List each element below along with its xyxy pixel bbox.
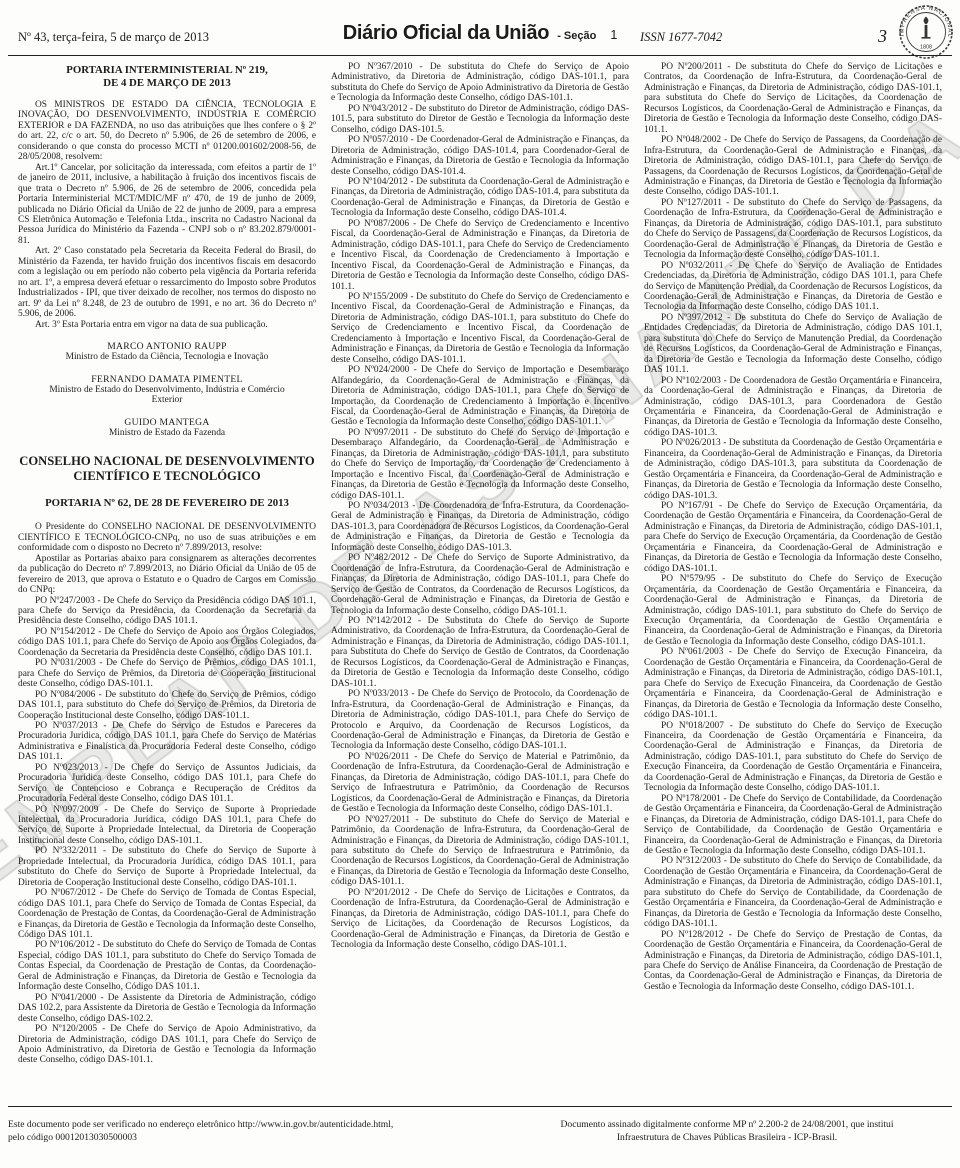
paragraph: PO Nº026/2011 - De Chefe do Serviço de M… bbox=[331, 752, 629, 815]
paragraph: PO Nº120/2005 - De Chefe do Serviço de A… bbox=[18, 1024, 316, 1066]
paragraph: PO Nº142/2012 - De Substituta do Chefe d… bbox=[331, 616, 629, 689]
paragraph: Art. 2º Caso constatado pela Secretaria … bbox=[18, 246, 316, 319]
paragraph: PO Nº031/2003 - De Chefe do Serviço de P… bbox=[18, 658, 316, 689]
column-2: PO Nº367/2010 - De substituta do Chefe d… bbox=[331, 62, 629, 1104]
paragraph: PO Nº102/2003 - De Coordenadora de Gestã… bbox=[644, 376, 942, 439]
paragraph: Art.1º Cancelar, por solicitação da inte… bbox=[18, 163, 316, 247]
paragraph: PO Nº104/2012 - De substituta da Coorden… bbox=[331, 177, 629, 219]
portaria-62-title: PORTARIA Nº 62, DE 28 DE FEVEREIRO DE 20… bbox=[18, 497, 316, 510]
paragraph: PO Nº332/2011 - De substituto do Chefe d… bbox=[18, 846, 316, 888]
paragraph: PO Nº200/2011 - De substituta do Chefe d… bbox=[644, 62, 942, 135]
paragraph: PO Nº201/2012 - De Chefe do Serviço de L… bbox=[331, 888, 629, 951]
paragraph: PO Nº397/2012 - De substituta do Chefe d… bbox=[644, 313, 942, 376]
issn: ISSN 1677-7042 bbox=[640, 30, 722, 45]
signatory-name: MARCO ANTONIO RAUPP bbox=[36, 341, 298, 352]
torch-icon bbox=[922, 17, 931, 39]
portaria-219-body: OS MINISTROS DE ESTADO DA CIÊNCIA, TECNO… bbox=[18, 100, 316, 330]
footer-rule bbox=[8, 1106, 952, 1107]
paragraph: PO Nº018/2007 - De substituto do Chefe d… bbox=[644, 721, 942, 794]
paragraph: PO Nº023/2013 - De Chefe do Serviço de A… bbox=[18, 763, 316, 805]
paragraph: PO Nº037/2013 - De Chefe do Serviço de E… bbox=[18, 721, 316, 763]
paragraph: PO Nº154/2012 - De Chefe do Serviço de A… bbox=[18, 627, 316, 658]
seal-year: 1808 bbox=[920, 45, 932, 51]
paragraph: O Presidente do CONSELHO NACIONAL DE DES… bbox=[18, 522, 316, 553]
signatory-role: Ministro de Estado da Fazenda bbox=[36, 428, 298, 439]
signature-list: MARCO ANTONIO RAUPPMinistro de Estado da… bbox=[18, 341, 316, 438]
paragraph: Apostilar as Portarias abaixo para consi… bbox=[18, 554, 316, 596]
paragraph: PO Nº024/2000 - De Chefe do Serviço de I… bbox=[331, 365, 629, 428]
page-columns: PORTARIA INTERMINISTERIAL Nº 219, DE 4 D… bbox=[18, 62, 942, 1104]
signatory-name: FERNANDO DAMATA PIMENTEL bbox=[36, 374, 298, 385]
paragraph: PO Nº026/2013 - De substituta da Coorden… bbox=[644, 438, 942, 501]
signature-block: GUIDO MANTEGAMinistro de Estado da Fazen… bbox=[36, 417, 298, 439]
paragraph: PO Nº127/2011 - De substituto do Chefe d… bbox=[644, 198, 942, 261]
signatory-role: Ministro de Estado da Ciência, Tecnologi… bbox=[36, 352, 298, 363]
masthead: Diário Oficial da União - Seção 1 bbox=[0, 22, 960, 45]
signature-note: Documento assinado digitalmente conforme… bbox=[502, 1118, 952, 1144]
paragraph: PO Nº247/2003 - De Chefe do Serviço da P… bbox=[18, 596, 316, 627]
paragraph: PO Nº033/2013 - De Chefe do Serviço de P… bbox=[331, 689, 629, 752]
verification-line2: pelo código 00012013030500003 bbox=[8, 1131, 478, 1144]
column-2-body: PO Nº367/2010 - De substituta do Chefe d… bbox=[331, 62, 629, 951]
paragraph: PO Nº057/2010 - De Coordenador-Geral de … bbox=[331, 135, 629, 177]
paragraph: PO Nº043/2012 - De substituto do Diretor… bbox=[331, 104, 629, 135]
paragraph: PO Nº048/2002 - De Chefe do Serviço de P… bbox=[644, 135, 942, 198]
signature-note-line1: Documento assinado digitalmente conforme… bbox=[502, 1118, 952, 1131]
paragraph: PO Nº032/2011 - De Chefe do Serviço de A… bbox=[644, 261, 942, 313]
paragraph: PO Nº027/2011 - De substituto do Chefe d… bbox=[331, 815, 629, 888]
column-3: PO Nº200/2011 - De substituta do Chefe d… bbox=[644, 62, 942, 1104]
paragraph: PO Nº087/2006 - De Chefe do Serviço de C… bbox=[331, 219, 629, 292]
signature-block: FERNANDO DAMATA PIMENTELMinistro de Esta… bbox=[36, 374, 298, 406]
portaria-62-body: O Presidente do CONSELHO NACIONAL DE DES… bbox=[18, 522, 316, 1066]
column-1: PORTARIA INTERMINISTERIAL Nº 219, DE 4 D… bbox=[18, 62, 316, 1104]
paragraph: PO Nº034/2013 - De Coordenadora de Infra… bbox=[331, 501, 629, 553]
paragraph: PO Nº167/91 - De Chefe do Serviço de Exe… bbox=[644, 501, 942, 574]
page-number: 3 bbox=[878, 26, 887, 47]
signatory-name: GUIDO MANTEGA bbox=[36, 417, 298, 428]
portaria-219-title-line2: DE 4 DE MARÇO DE 2013 bbox=[18, 77, 316, 90]
gazette-title: Diário Oficial da União bbox=[343, 22, 549, 44]
signature-block: MARCO ANTONIO RAUPPMinistro de Estado da… bbox=[36, 341, 298, 363]
page-header: Nº 43, terça-feira, 5 de março de 2013 D… bbox=[0, 0, 960, 54]
paragraph: PO Nº312/2003 - De substituto do Chefe d… bbox=[644, 856, 942, 929]
section-number: 1 bbox=[610, 28, 617, 42]
paragraph: OS MINISTROS DE ESTADO DA CIÊNCIA, TECNO… bbox=[18, 100, 316, 163]
org-heading-cnpq: CONSELHO NACIONAL DE DESENVOLVIMENTO CIE… bbox=[18, 454, 316, 483]
header-rule bbox=[8, 55, 952, 56]
paragraph: PO Nº128/2012 - De Chefe do Serviço de P… bbox=[644, 930, 942, 993]
column-3-body: PO Nº200/2011 - De substituta do Chefe d… bbox=[644, 62, 942, 992]
paragraph: Art. 3º Esta Portaria entra em vigor na … bbox=[18, 320, 316, 330]
paragraph: PO Nº367/2010 - De substituta do Chefe d… bbox=[331, 62, 629, 104]
portaria-219-title: PORTARIA INTERMINISTERIAL Nº 219, DE 4 D… bbox=[18, 64, 316, 90]
paragraph: PO Nº041/2000 - De Assistente da Diretor… bbox=[18, 993, 316, 1024]
paragraph: PO Nº061/2003 - De Chefe do Serviço de E… bbox=[644, 647, 942, 720]
portaria-219-title-line1: PORTARIA INTERMINISTERIAL Nº 219, bbox=[18, 64, 316, 77]
paragraph: PO Nº097/2009 - De Chefe do Serviço de S… bbox=[18, 805, 316, 847]
verification-note: Este documento pode ser verificado no en… bbox=[8, 1118, 478, 1144]
signatory-role: Ministro de Estado do Desenvolvimento, I… bbox=[36, 385, 298, 406]
paragraph: PO Nº067/2012 - De Chefe do Serviço de T… bbox=[18, 888, 316, 940]
paragraph: PO Nº097/2011 - De substituto do Chefe d… bbox=[331, 428, 629, 501]
verification-line1: Este documento pode ser verificado no en… bbox=[8, 1118, 478, 1131]
paragraph: PO Nº482/2012 - De Chefe do Serviço de S… bbox=[331, 553, 629, 616]
signature-note-line2: Infraestrutura de Chaves Públicas Brasil… bbox=[502, 1131, 952, 1144]
paragraph: PO Nº106/2012 - De substituto do Chefe d… bbox=[18, 940, 316, 992]
section-label: - Seção bbox=[557, 30, 596, 42]
paragraph: PO Nº178/2001 - De Chefe do Serviço de C… bbox=[644, 794, 942, 857]
paragraph: PO Nº155/2009 - De substituto do Chefe d… bbox=[331, 292, 629, 365]
paragraph: PO Nº084/2006 - De substituto do Chefe d… bbox=[18, 690, 316, 721]
paragraph: PO Nº579/95 - De substituto do Chefe do … bbox=[644, 574, 942, 647]
